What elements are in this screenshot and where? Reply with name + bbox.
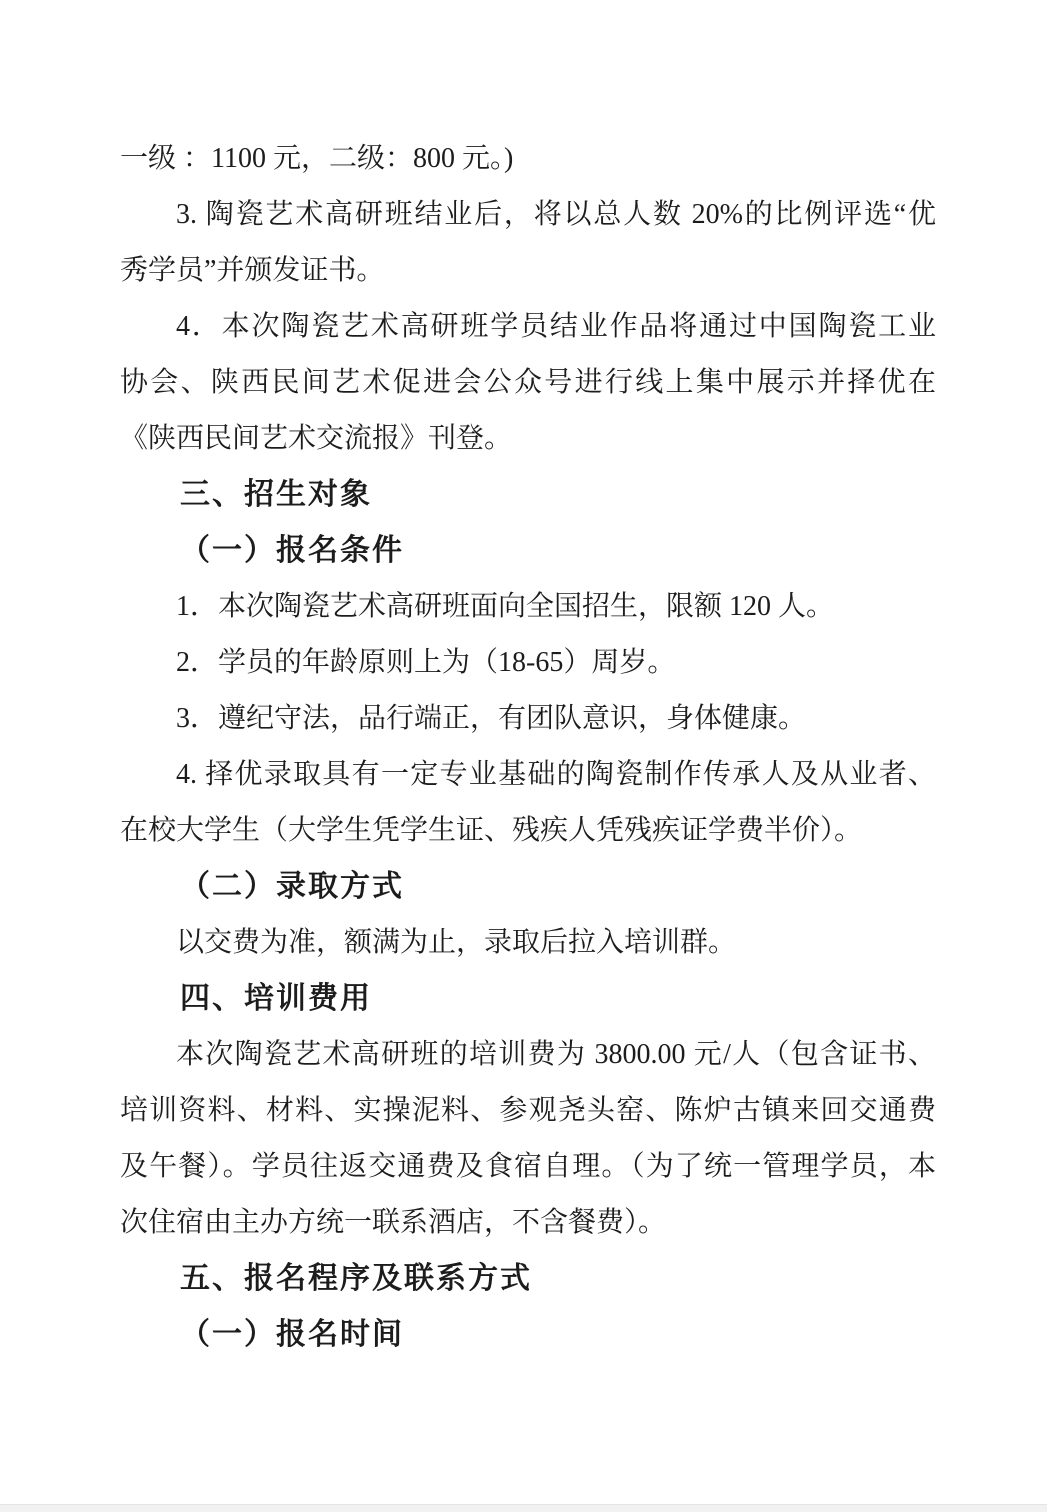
text-line: 三、招生对象 [120, 467, 936, 523]
text-line: 及午餐）。学员往返交通费及食宿自理。（为了统一管理学员，本 [120, 1139, 936, 1195]
text-line: 3. 陶瓷艺术高研班结业后，将以总人数 20%的比例评选“优 [120, 187, 936, 243]
text-line: 以交费为准，额满为止，录取后拉入培训群。 [120, 915, 936, 971]
page-bottom-separator [0, 1504, 1047, 1512]
paragraph: 3．遵纪守法，品行端正，有团队意识，身体健康。 [120, 691, 936, 747]
text-line: 五、报名程序及联系方式 [120, 1251, 936, 1307]
text-line: 一级 ：1100 元，二级：800 元。) [120, 131, 936, 187]
text-line: 3．遵纪守法，品行端正，有团队意识，身体健康。 [120, 691, 936, 747]
paragraph: 一级 ：1100 元，二级：800 元。) [120, 131, 936, 187]
text-line: 协会、陕西民间艺术促进会公众号进行线上集中展示并择优在 [120, 355, 936, 411]
text-line: 1．本次陶瓷艺术高研班面向全国招生，限额 120 人。 [120, 579, 936, 635]
text-line: 4. 择优录取具有一定专业基础的陶瓷制作传承人及从业者、 [120, 747, 936, 803]
text-line: 次住宿由主办方统一联系酒店，不含餐费）。 [120, 1195, 936, 1251]
section-heading: 三、招生对象 [120, 467, 936, 523]
text-line: 培训资料、材料、实操泥料、参观尧头窑、陈炉古镇来回交通费 [120, 1083, 936, 1139]
document-page: 一级 ：1100 元，二级：800 元。)3. 陶瓷艺术高研班结业后，将以总人数… [0, 0, 1047, 1512]
text-line: 4．本次陶瓷艺术高研班学员结业作品将通过中国陶瓷工业 [120, 299, 936, 355]
text-line: （二）录取方式 [120, 859, 936, 915]
section-heading: （一）报名时间 [120, 1307, 936, 1363]
section-heading: 五、报名程序及联系方式 [120, 1251, 936, 1307]
text-line: 《陕西民间艺术交流报》刊登。 [120, 411, 936, 467]
paragraph: 本次陶瓷艺术高研班的培训费为 3800.00 元/人（包含证书、培训资料、材料、… [120, 1027, 936, 1251]
paragraph: 2．学员的年龄原则上为（18-65）周岁。 [120, 635, 936, 691]
section-heading: 四、培训费用 [120, 971, 936, 1027]
paragraph: 3. 陶瓷艺术高研班结业后，将以总人数 20%的比例评选“优秀学员”并颁发证书。 [120, 187, 936, 299]
document-text-container: 一级 ：1100 元，二级：800 元。)3. 陶瓷艺术高研班结业后，将以总人数… [120, 131, 936, 1363]
paragraph: 以交费为准，额满为止，录取后拉入培训群。 [120, 915, 936, 971]
section-heading: （一）报名条件 [120, 523, 936, 579]
text-line: （一）报名时间 [120, 1307, 936, 1363]
text-line: 秀学员”并颁发证书。 [120, 243, 936, 299]
section-heading: （二）录取方式 [120, 859, 936, 915]
paragraph: 4. 择优录取具有一定专业基础的陶瓷制作传承人及从业者、在校大学生（大学生凭学生… [120, 747, 936, 859]
text-line: 在校大学生（大学生凭学生证、残疾人凭残疾证学费半价）。 [120, 803, 936, 859]
text-line: 本次陶瓷艺术高研班的培训费为 3800.00 元/人（包含证书、 [120, 1027, 936, 1083]
paragraph: 4．本次陶瓷艺术高研班学员结业作品将通过中国陶瓷工业协会、陕西民间艺术促进会公众… [120, 299, 936, 467]
text-line: （一）报名条件 [120, 523, 936, 579]
paragraph: 1．本次陶瓷艺术高研班面向全国招生，限额 120 人。 [120, 579, 936, 635]
text-line: 2．学员的年龄原则上为（18-65）周岁。 [120, 635, 936, 691]
text-line: 四、培训费用 [120, 971, 936, 1027]
